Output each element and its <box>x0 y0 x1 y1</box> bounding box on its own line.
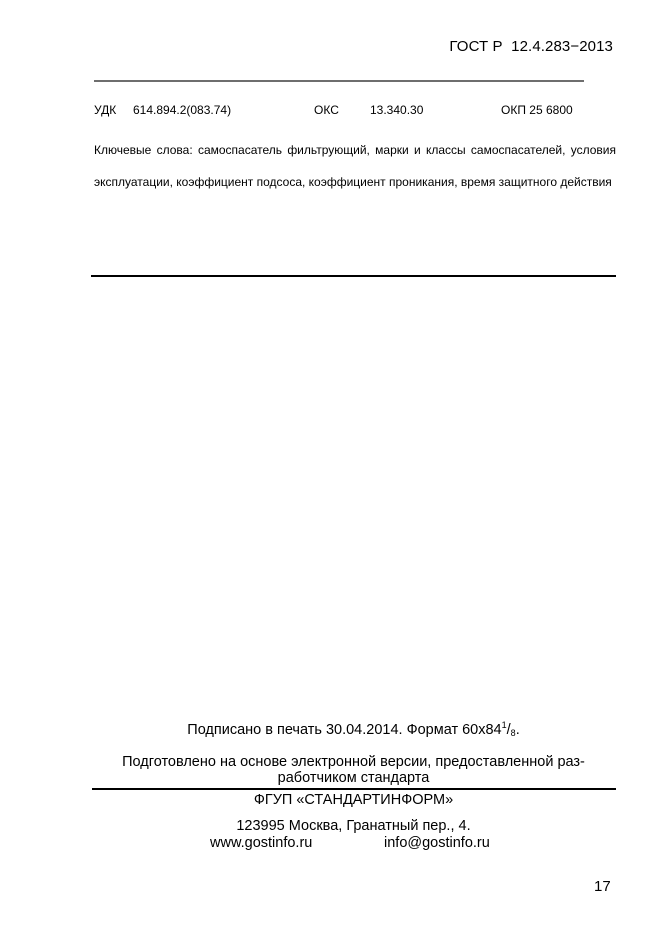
classification-codes: УДК 614.894.2(083.74) ОКС 13.340.30 ОКП … <box>94 103 614 119</box>
udk-label: УДК <box>94 103 116 117</box>
udk-value: 614.894.2(083.74) <box>133 103 231 117</box>
print-signature: Подписано в печать 30.04.2014. Формат 60… <box>91 722 616 738</box>
email-link[interactable]: info@gostinfo.ru <box>384 835 490 851</box>
publisher-contacts: www.gostinfo.ru info@gostinfo.ru <box>210 835 510 853</box>
prepared-line-2: работчиком стандарта <box>91 770 616 786</box>
format-end: . <box>516 722 520 738</box>
okp-code: ОКП 25 6800 <box>501 103 573 117</box>
keywords-paragraph: Ключевые слова: самоспасатель фильтрующи… <box>94 135 616 198</box>
header-rule <box>94 80 584 82</box>
oks-label: ОКС <box>314 103 339 117</box>
page-number: 17 <box>594 878 611 895</box>
publisher-divider <box>92 788 616 790</box>
section-divider <box>91 275 616 277</box>
website-link[interactable]: www.gostinfo.ru <box>210 835 312 851</box>
prepared-note: Подготовлено на основе электронной верси… <box>91 754 616 786</box>
oks-value: 13.340.30 <box>370 103 423 117</box>
publisher-name: ФГУП «СТАНДАРТИНФОРМ» <box>91 792 616 808</box>
signed-text: Подписано в печать 30.04.2014. Формат 60… <box>187 722 501 738</box>
prepared-line-1: Подготовлено на основе электронной верси… <box>91 754 616 770</box>
document-code: ГОСТ Р 12.4.283−2013 <box>449 38 613 55</box>
publisher-address: 123995 Москва, Гранатный пер., 4. <box>91 818 616 834</box>
